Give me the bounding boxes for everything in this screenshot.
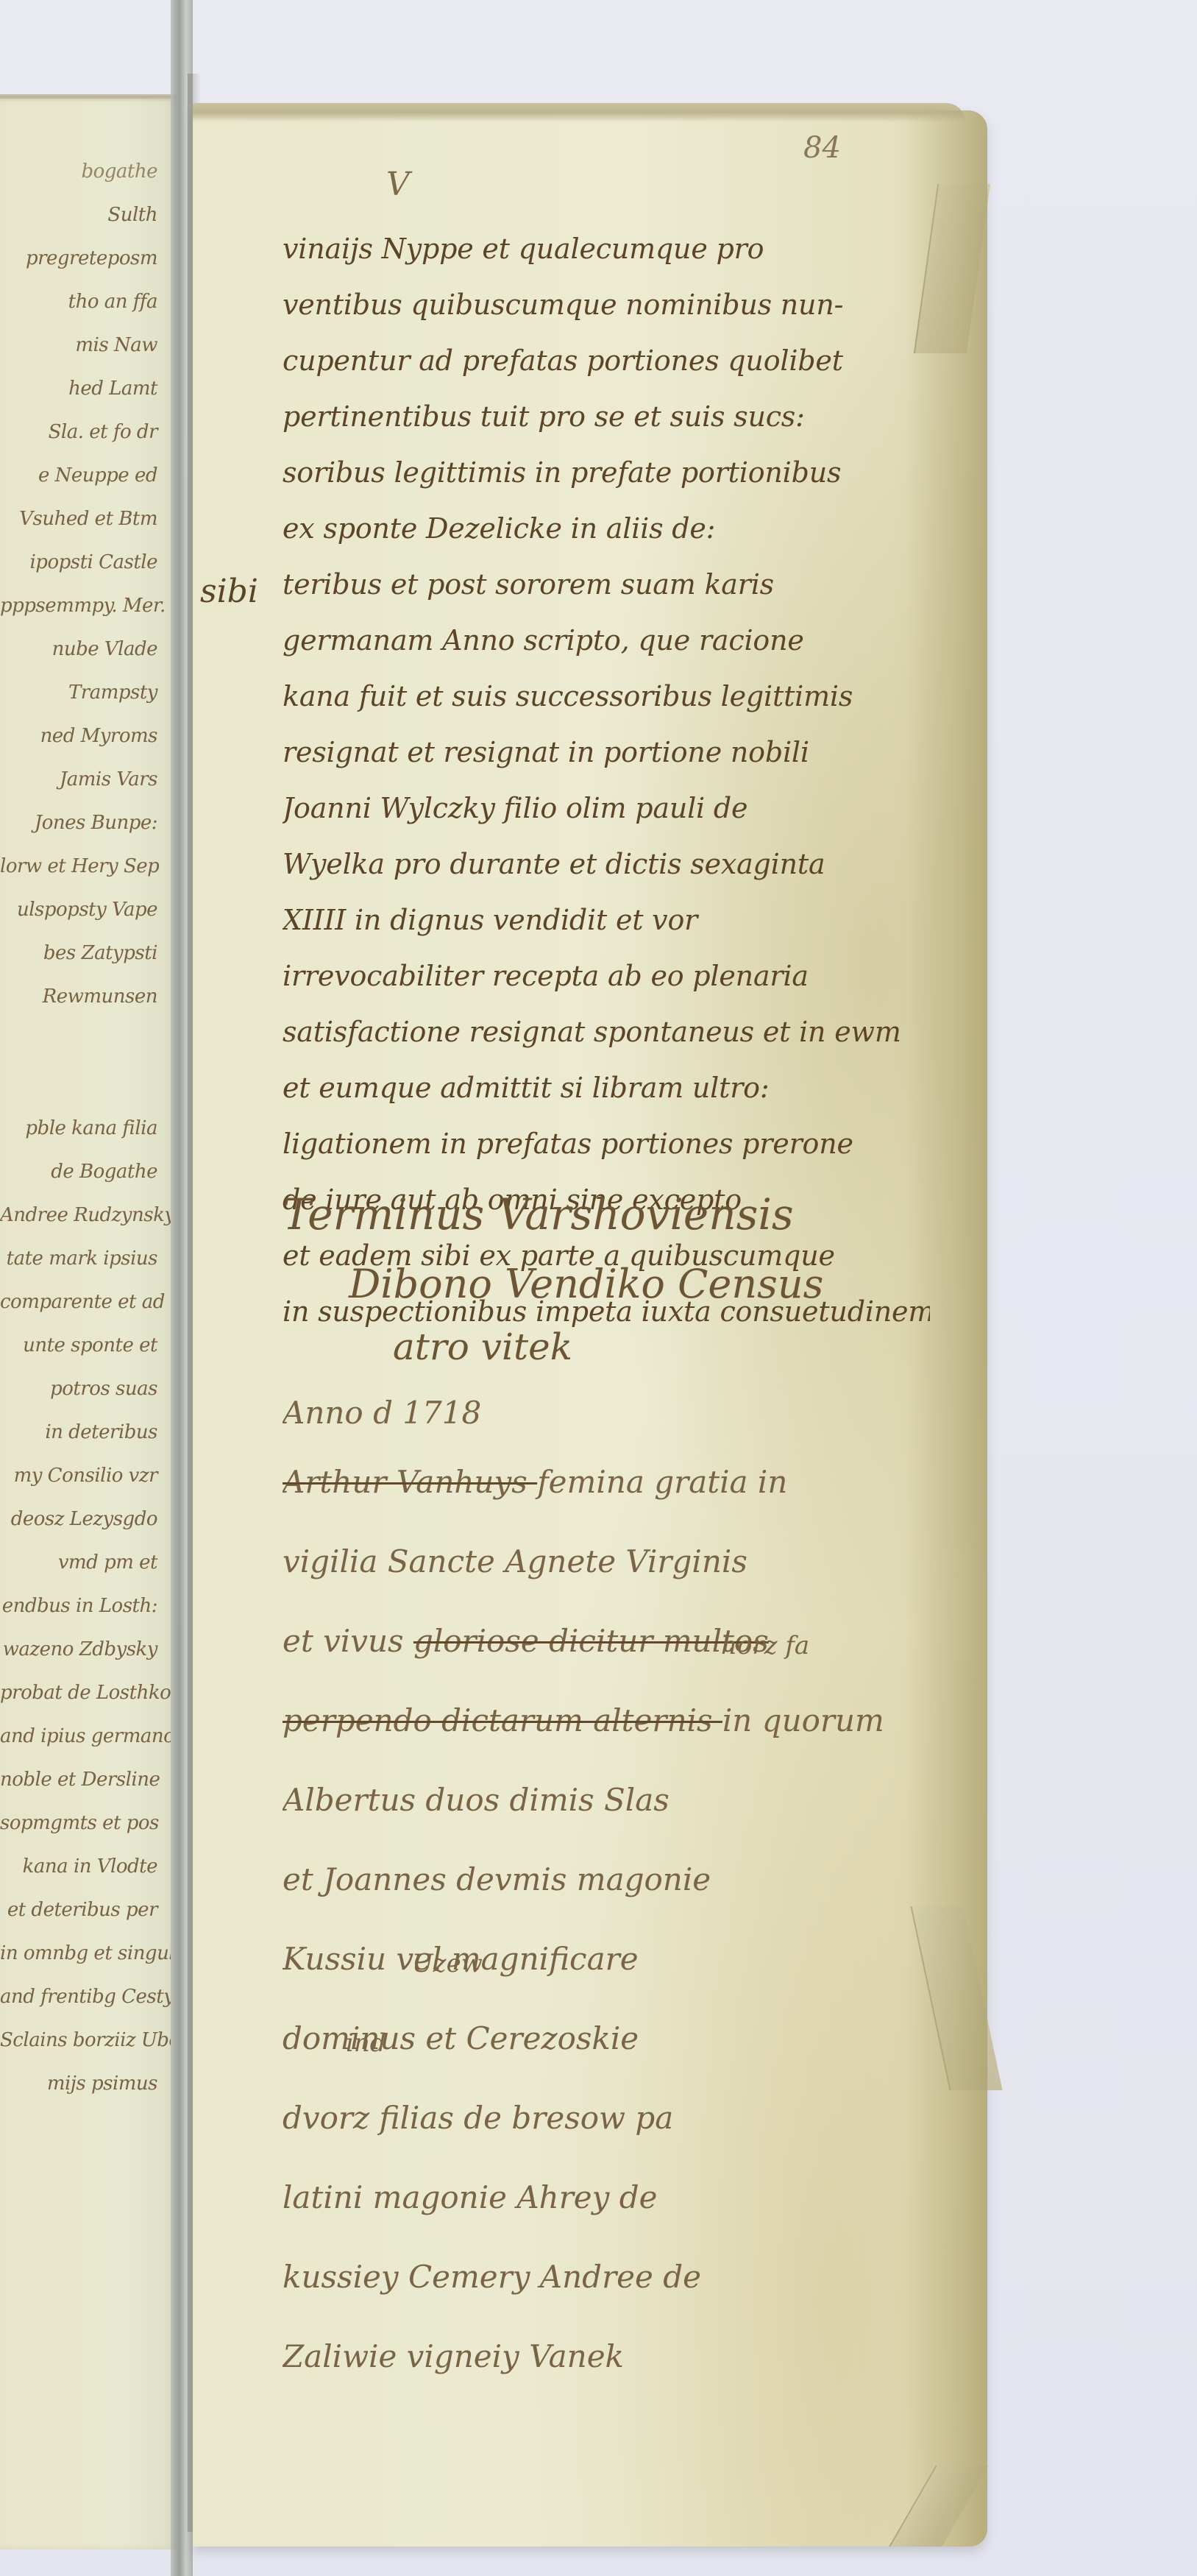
manuscript-line: Joanni Wylczky filio olim pauli de (283, 780, 930, 836)
manuscript-line: et eumque admittit si libram ultro: (283, 1060, 930, 1116)
entry-line: dvorz filias de bresow pa (283, 2078, 945, 2158)
left-page-line: potros suas (0, 1367, 171, 1411)
left-page-line: ned Myroms (0, 715, 171, 758)
left-page-line: e Neuppe ed (0, 454, 171, 498)
entry-text: Zaliwie vigneiy Vanek (283, 2338, 624, 2374)
left-page: bogatheSulthpregreteposmtho an ffamis Na… (0, 96, 177, 2550)
left-page-line: lorw et Hery Sep (0, 845, 171, 888)
manuscript-line: ventibus quibuscumque nominibus nun- (283, 277, 930, 333)
left-page-line: de Bogathe (0, 1150, 171, 1194)
left-page-line: ipopsti Castle (0, 541, 171, 584)
main-text-block: vinaijs Nyppe et qualecumque proventibus… (283, 221, 930, 1340)
manuscript-line: Wyelka pro durante et dictis sexaginta (283, 836, 930, 892)
left-page-line: deosz Lezysgdo (0, 1498, 171, 1541)
left-page-line: in deteribus (0, 1411, 171, 1454)
left-page-line: pregreteposm (0, 237, 171, 280)
heading-line: Dibono Vendiko Census (283, 1251, 930, 1317)
left-page-line: mijs psimus (0, 2062, 171, 2106)
manuscript-line: ex sponte Dezelicke in aliis de: (283, 500, 930, 556)
left-page-line: unte sponte et (0, 1324, 171, 1367)
heading-line: atro vitek (283, 1317, 930, 1376)
entry-line: Zaliwie vigneiy Vanek (283, 2317, 945, 2396)
left-page-line: Sclains borziiz Ube (0, 2019, 171, 2062)
left-page-line: probat de Losthkovo (0, 1671, 171, 1715)
left-page-line: kana in Vlodte (0, 1845, 171, 1889)
manuscript-line: kana fuit et suis successoribus legittim… (283, 668, 930, 724)
left-page-line: nube Vlade (0, 628, 171, 671)
struck-text: gloriose dicitur multos (413, 1623, 769, 1659)
entry-text: kussiey Cemery Andree de (283, 2259, 701, 2295)
manuscript-line: XIIII in dignus vendidit et vor (283, 892, 930, 948)
left-page-line: sopmgmts et pos (0, 1802, 171, 1845)
entry-text-block: Anno d 1718 Arthur Vanhuys femina gratia… (283, 1384, 945, 2396)
folio-number: 84 (803, 131, 841, 165)
left-page-line: and frentibg Cesty (0, 1975, 171, 2019)
entry-line: Kussiu vel magnificare (283, 1919, 945, 1999)
paper-fold (889, 2466, 989, 2547)
entry-line: et vivus gloriose dicitur multos (283, 1602, 945, 1681)
left-page-line: Vsuhed et Btm (0, 498, 171, 541)
entry-line: perpendo dictarum alternis in quorum (283, 1681, 945, 1761)
entry-year-line: Anno d 1718 (283, 1384, 945, 1443)
manuscript-line: cupentur ad prefatas portiones quolibet (283, 333, 930, 389)
entry-text: dvorz filias de bresow pa (283, 2100, 673, 2136)
struck-text: perpendo dictarum alternis (283, 1702, 722, 1738)
interlinear-addition: Uzew (412, 1949, 483, 1978)
entry-line: vigilia Sancte Agnete Virginis (283, 1522, 945, 1602)
left-page-line: and ipius germano (0, 1715, 171, 1758)
left-page-line: bes Zatypsti (0, 932, 171, 975)
left-page-line: pppsemmpy. Mer. (0, 584, 171, 628)
left-page-line: Sla. et fo dr (0, 411, 171, 454)
left-page-line: Sulth (0, 194, 171, 237)
left-page-line: vmd pm et (0, 1541, 171, 1585)
manuscript-line: irrevocabiliter recepta ab eo plenaria (283, 948, 930, 1004)
left-page-line: in omnbg et singuli (0, 1932, 171, 1975)
left-page-line: Andree Rudzynsky (0, 1194, 171, 1237)
manuscript-line: teribus et post sororem suam karis (283, 556, 930, 612)
entry-line: Arthur Vanhuys femina gratia in (283, 1443, 945, 1522)
left-page-line: ulspopsty Vape (0, 888, 171, 932)
entry-text: et vivus (283, 1623, 413, 1659)
left-page-line: mis Naw (0, 324, 171, 367)
left-page-line: comparente et ad (0, 1281, 171, 1324)
left-page-line: Rewmunsen (0, 975, 171, 1019)
entry-text: in quorum (722, 1702, 884, 1738)
left-page-line: Trampsty (0, 671, 171, 715)
struck-text: Arthur Vanhuys (283, 1464, 537, 1500)
manuscript-line: pertinentibus tuit pro se et suis sucs: (283, 389, 930, 445)
entry-text: et Joannes devmis magonie (283, 1861, 711, 1897)
interlinear-addition: horz fa (721, 1631, 809, 1660)
left-page-line: et deteribus per (0, 1889, 171, 1932)
left-page-line: Jones Bunpe: (0, 802, 171, 845)
left-page-line: noble et Dersline (0, 1758, 171, 1802)
left-page-line: pble kana filia (0, 1107, 171, 1150)
entry-text: vigilia Sancte Agnete Virginis (283, 1543, 747, 1579)
entry-text: Albertus duos dimis Slas (283, 1782, 669, 1818)
manuscript-line: satisfactione resignat spontaneus et in … (283, 1004, 930, 1060)
interlinear-addition: ind (346, 2028, 386, 2058)
left-page-text: bogatheSulthpregreteposmtho an ffamis Na… (0, 150, 171, 2106)
left-page-line: my Consilio vzr (0, 1454, 171, 1498)
manuscript-line: soribus legittimis in prefate portionibu… (283, 445, 930, 500)
entry-text: femina gratia in (537, 1464, 787, 1500)
left-page-line: wazeno Zdbysky (0, 1628, 171, 1671)
entry-text: dominus et Cerezoskie (283, 2020, 639, 2056)
left-page-line: tho an ffa (0, 280, 171, 324)
manuscript-line: resignat et resignat in portione nobili (283, 724, 930, 780)
left-page-line: endbus in Losth: (0, 1585, 171, 1628)
entry-line: latini magonie Ahrey de (283, 2158, 945, 2237)
entry-line: kussiey Cemery Andree de (283, 2237, 945, 2317)
heading-line: Terminus Varshoviensis (283, 1178, 930, 1251)
entry-heading: Terminus Varshoviensis Dibono Vendiko Ce… (283, 1178, 930, 1376)
manuscript-line: ligationem in prefatas portiones prerone (283, 1116, 930, 1172)
left-page-line: bogathe (0, 150, 171, 194)
entry-line: Albertus duos dimis Slas (283, 1761, 945, 1840)
left-page-line: Jamis Vars (0, 758, 171, 802)
manuscript-line: vinaijs Nyppe et qualecumque pro (283, 221, 930, 277)
manuscript-line: germanam Anno scripto, que racione (283, 612, 930, 668)
left-page-line: hed Lamt (0, 367, 171, 411)
corner-mark: V (386, 166, 410, 203)
entry-line: et Joannes devmis magonie (283, 1840, 945, 1919)
entry-text: latini magonie Ahrey de (283, 2179, 657, 2215)
margin-note: sibi (200, 573, 258, 610)
left-page-line: tate mark ipsius (0, 1237, 171, 1281)
left-page-line (0, 1019, 171, 1107)
